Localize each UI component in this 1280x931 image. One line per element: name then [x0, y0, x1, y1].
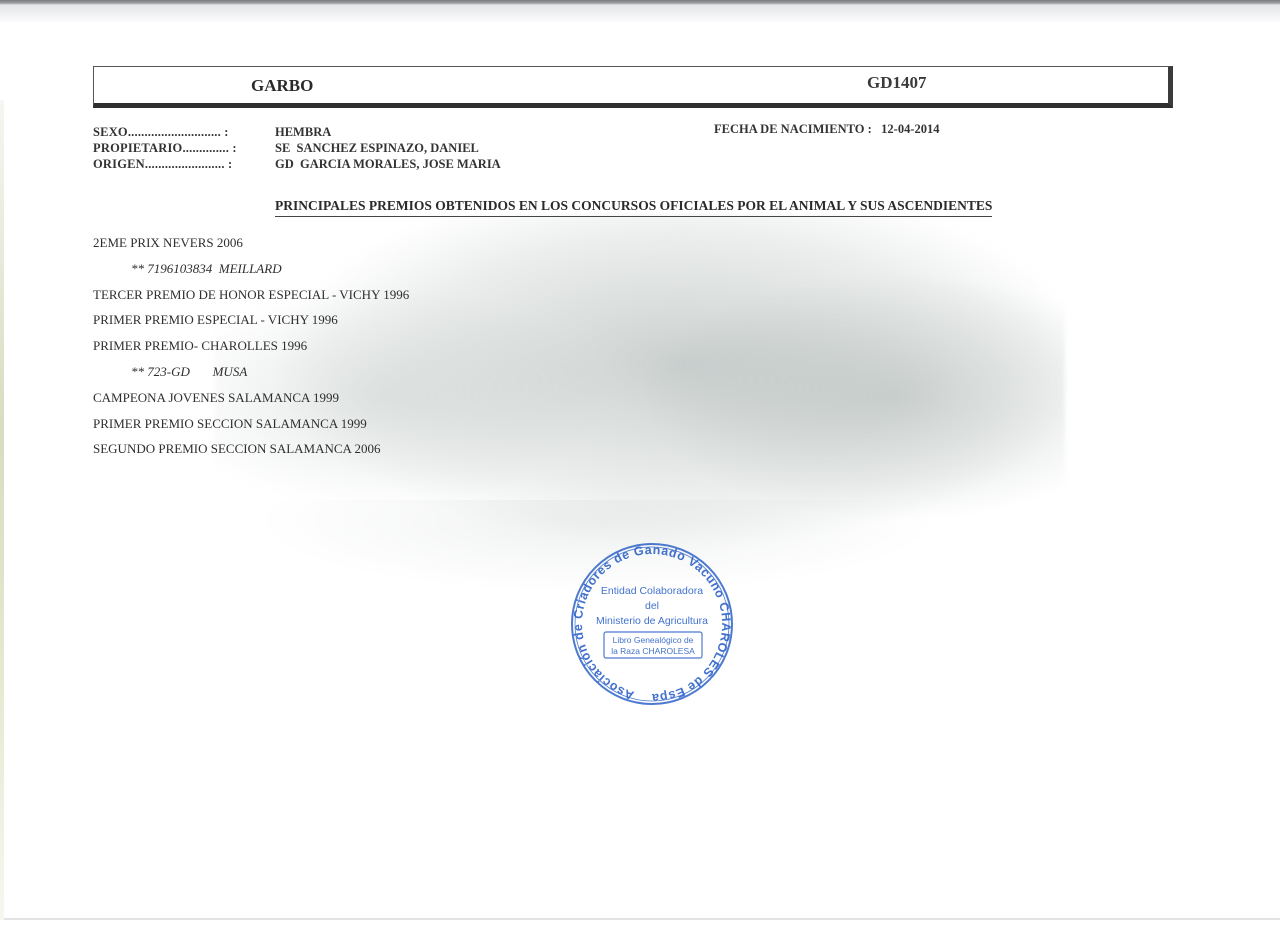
award-item: CAMPEONA JOVENES SALAMANCA 1999: [93, 389, 409, 415]
award-item: 2EME PRIX NEVERS 2006: [93, 234, 409, 260]
association-stamp: Asociación de Criadores de Ganado Vacuno…: [566, 538, 738, 708]
awards-list: 2EME PRIX NEVERS 2006** 7196103834 MEILL…: [93, 234, 409, 466]
field-origin: ORIGEN........................ : GD GARC…: [93, 156, 501, 172]
field-sex: SEXO............................ : HEMBR…: [93, 124, 501, 140]
award-item: PRIMER PREMIO SECCION SALAMANCA 1999: [93, 415, 409, 441]
registration-code: GD1407: [867, 73, 927, 93]
birth-date-label: FECHA DE NACIMIENTO :: [714, 122, 872, 136]
field-label: SEXO............................ :: [93, 124, 275, 140]
animal-fields: SEXO............................ : HEMBR…: [93, 124, 501, 172]
scan-edge-left: [0, 100, 4, 920]
awards-heading: PRINCIPALES PREMIOS OBTENIDOS EN LOS CON…: [275, 198, 992, 217]
award-item: TERCER PREMIO DE HONOR ESPECIAL - VICHY …: [93, 286, 409, 312]
award-item: PRIMER PREMIO- CHAROLLES 1996: [93, 337, 409, 363]
animal-name: GARBO: [251, 76, 313, 96]
svg-text:Ministerio de Agricultura: Ministerio de Agricultura: [596, 615, 708, 627]
ancestor-line: ** 7196103834 MEILLARD: [93, 260, 409, 286]
ancestor-line: ** 723-GD MUSA: [93, 363, 409, 389]
title-box: GARBO GD1407: [93, 66, 1173, 108]
award-item: PRIMER PREMIO ESPECIAL - VICHY 1996: [93, 311, 409, 337]
field-label: ORIGEN........................ :: [93, 156, 275, 172]
svg-text:Entidad Colaboradora: Entidad Colaboradora: [601, 585, 703, 597]
field-value: SE SANCHEZ ESPINAZO, DANIEL: [275, 140, 479, 156]
svg-text:la Raza CHAROLESA: la Raza CHAROLESA: [611, 646, 695, 656]
field-value: HEMBRA: [275, 124, 331, 140]
svg-text:del: del: [645, 600, 659, 612]
field-label: PROPIETARIO.............. :: [93, 140, 275, 156]
scan-edge-bottom: [4, 918, 1280, 920]
svg-text:Libro Genealógico de: Libro Genealógico de: [613, 635, 694, 645]
birth-date: FECHA DE NACIMIENTO : 12-04-2014: [714, 122, 939, 137]
field-value: GD GARCIA MORALES, JOSE MARIA: [275, 156, 501, 172]
field-owner: PROPIETARIO.............. : SE SANCHEZ E…: [93, 140, 501, 156]
scan-edge-top: [0, 0, 1280, 22]
birth-date-value: 12-04-2014: [881, 122, 939, 136]
award-item: SEGUNDO PREMIO SECCION SALAMANCA 2006: [93, 440, 409, 466]
